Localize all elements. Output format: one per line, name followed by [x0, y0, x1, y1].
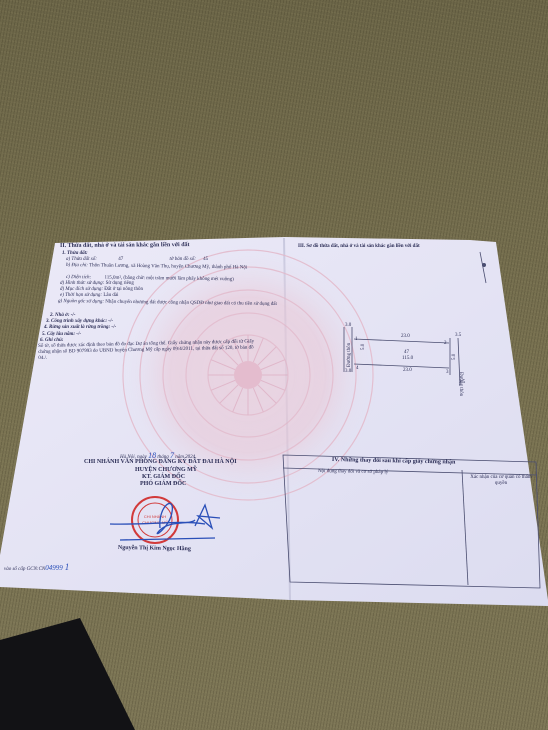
purpose-label: đ) Mục đích sử dụng: [60, 287, 103, 292]
duration-value: Lâu dài [103, 293, 118, 298]
item-house: 2. Nhà ở: -/- [50, 313, 75, 318]
dim-bottom-edge: 23.0 [403, 368, 412, 373]
registry-suffix: 1 [65, 562, 70, 572]
parcel-row: a) Thửa đất số: 47 tờ bản đồ số: 45 [66, 257, 208, 262]
vertex-3: 3 [446, 370, 449, 375]
org-line-1: CHI NHÁNH VĂN PHÒNG ĐĂNG KÝ ĐẤT ĐAI HÀ N… [84, 459, 237, 465]
map-sheet: 45 [203, 257, 208, 262]
photo-scene: CHI NHÁNH CHƯƠNG MỸ II. Thửa đất, nhà ở … [0, 0, 548, 730]
item-forest: 4. Rừng sản xuất là rừng trồng: -/- [44, 325, 116, 330]
role-2: PHÓ GIÁM ĐỐC [140, 481, 186, 487]
right-road-label: Đường thôn [458, 372, 463, 396]
vertex-2: 2 [444, 341, 447, 346]
role-1: KT. GIÁM ĐỐC [142, 474, 185, 480]
registry-label: vào sổ cấp GCN:CN [4, 567, 45, 572]
duration-row: e) Thời hạn sử dụng: Lâu dài [60, 293, 118, 298]
use-form-row: d) Hình thức sử dụng: Sử dụng riêng [60, 281, 134, 286]
vertex-4: 4 [356, 366, 359, 371]
item-construction: 3. Công trình xây dựng khác: -/- [46, 319, 113, 324]
vertex-1: 1 [355, 337, 358, 342]
diagram-parcel-no: 47 [404, 350, 409, 355]
dim-left-edge: 5.0 [361, 344, 366, 350]
map-sheet-label: tờ bản đồ số: [169, 257, 195, 262]
section-iii-title: III. Sơ đồ thửa đất, nhà ở và tài sản kh… [298, 244, 420, 249]
registry-number: 04999 [45, 564, 63, 572]
signer-name: Nguyễn Thị Kim Ngọc Hằng [118, 545, 191, 552]
use-form-label: d) Hình thức sử dụng: [60, 281, 104, 286]
address-label: b) Địa chỉ: [66, 263, 88, 268]
dim-left-top: 3.0 [345, 323, 351, 328]
parcel-no-label: a) Thửa đất số: [66, 257, 97, 262]
diagram-area: 115.0 [402, 356, 413, 361]
duration-label: e) Thời hạn sử dụng: [60, 293, 102, 298]
dark-cloth [0, 618, 135, 730]
certificate-paper: CHI NHÁNH CHƯƠNG MỸ [0, 0, 548, 730]
svg-text:CHI NHÁNH: CHI NHÁNH [144, 514, 166, 519]
item-notes: 6. Ghi chú: [40, 338, 63, 343]
purpose-row: đ) Mục đích sử dụng: Đất ở tại nông thôn [60, 287, 143, 292]
item-perennial: 5. Cây lâu năm: -/- [42, 332, 81, 337]
origin-value: Nhận chuyển nhượng đất được công nhận QS… [105, 300, 277, 307]
area-label: c) Diện tích: [66, 275, 91, 280]
land-heading: 1. Thửa đất: [62, 251, 88, 256]
dim-top-edge: 23.0 [401, 334, 410, 339]
purpose-value: Đất ở tại nông thôn [104, 287, 143, 292]
table-header-confirm: Xác nhận của cơ quan có thẩm quyền [470, 475, 532, 487]
left-road-label: Đường thôn [347, 343, 352, 367]
dim-right-top: 3.5 [455, 333, 461, 338]
org-line-2: HUYỆN CHƯƠNG MỸ [135, 467, 197, 473]
dim-left-bottom: 3.0 [345, 369, 351, 374]
use-form-value: Sử dụng riêng [106, 281, 134, 286]
parcel-no: 47 [118, 257, 123, 262]
section-ii-title: II. Thửa đất, nhà ở và tài sản khác gắn … [60, 242, 190, 249]
registry-line: vào sổ cấp GCN:CN049991 [4, 562, 69, 572]
origin-label: g) Nguồn gốc sử dụng: [58, 299, 104, 305]
dim-right-edge: 5.0 [452, 354, 457, 360]
bronze-drum-watermark [118, 245, 378, 505]
